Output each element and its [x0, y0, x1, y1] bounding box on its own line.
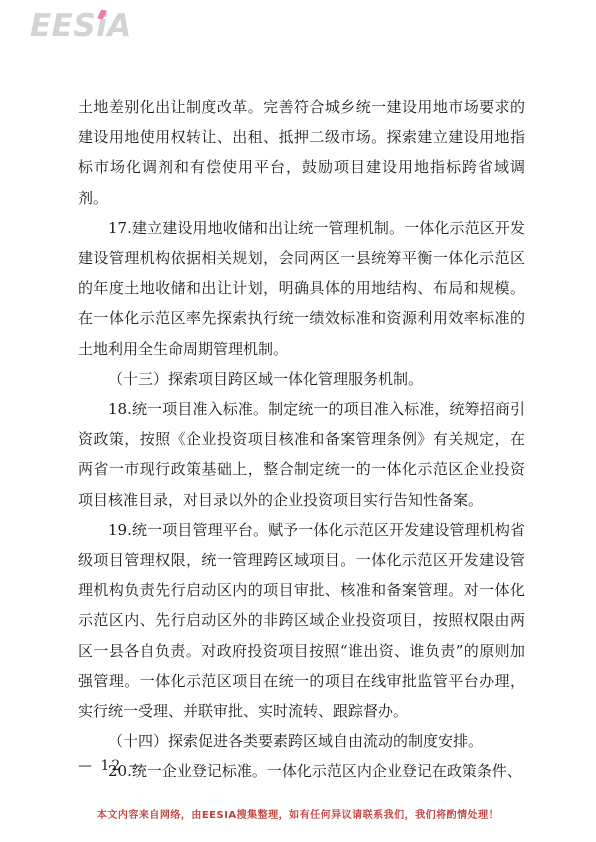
- body-paragraph: （十三）探索项目跨区域一体化管理服务机制。: [78, 364, 525, 394]
- page-number: — 12 —: [78, 758, 145, 774]
- body-paragraph: 17.建立建设用地收储和出让统一管理机制。一体化示范区开发建设管理机构依据相关规…: [78, 213, 525, 364]
- body-paragraph: 18.统一项目准入标准。制定统一的项目准入标准，统筹招商引资政策，按照《企业投资…: [78, 394, 525, 515]
- document-page: EESiA 土地差别化出让制度改革。完善符合城乡统一建设用地市场要求的建设用地使…: [0, 0, 596, 842]
- brand-logo-text: EESiA: [30, 8, 132, 44]
- body-paragraph: 19.统一项目管理平台。赋予一体化示范区开发建设管理机构省级项目管理权限，统一管…: [78, 515, 525, 726]
- document-body: 土地差别化出让制度改革。完善符合城乡统一建设用地市场要求的建设用地使用权转让、出…: [78, 92, 525, 787]
- footer-notice: 本文内容来自网络，由EESIA搜集整理，如有任何异议请联系我们，我们将酌情处理！: [0, 806, 596, 821]
- body-paragraph: 土地差别化出让制度改革。完善符合城乡统一建设用地市场要求的建设用地使用权转让、出…: [78, 92, 525, 213]
- brand-logo: EESiA: [30, 8, 132, 48]
- body-paragraph: （十四）探索促进各类要素跨区域自由流动的制度安排。: [78, 726, 525, 756]
- body-paragraph: 20.统一企业登记标准。一体化示范区内企业登记在政策条件、: [78, 756, 525, 786]
